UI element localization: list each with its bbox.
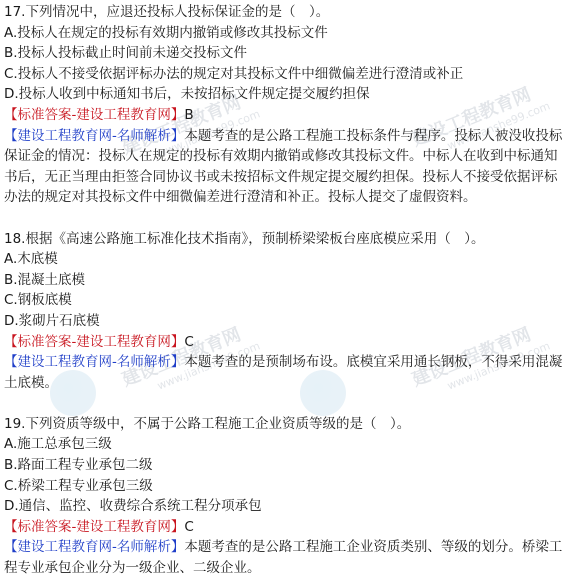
standard-answer: 【标准答案-建设工程教育网】C [4,332,566,353]
document-body: 17.下列情况中，应退还投标人投标保证金的是（ ）。 A.投标人在规定的投标有效… [4,2,566,579]
spacer [4,208,566,229]
explanation-tag: 【建设工程教育网-名师解析】 [4,539,184,555]
answer-value: C [184,334,193,350]
explanation: 【建设工程教育网-名师解析】本题考查的是公路工程施工企业资质类别、等级的划分。桥… [4,537,566,578]
answer-value: B [184,107,193,123]
explanation-tag: 【建设工程教育网-名师解析】 [4,128,184,144]
option-c: C.钢板底模 [4,290,566,311]
explanation: 【建设工程教育网-名师解析】本题考查的是预制场布设。底模宜采用通长钢板，不得采用… [4,352,566,393]
question-19: 19.下列资质等级中，不属于公路工程施工企业资质等级的是（ ）。 A.施工总承包… [4,414,566,579]
question-18: 18.根据《高速公路施工标准化技术指南》，预制桥梁梁板台座底模应采用（ ）。 A… [4,229,566,394]
question-stem: 17.下列情况中，应退还投标人投标保证金的是（ ）。 [4,2,566,23]
option-b: B.混凝土底模 [4,270,566,291]
option-d: D.投标人收到中标通知书后，未按招标文件规定提交履约担保 [4,84,566,105]
option-a: A.施工总承包三级 [4,434,566,455]
explanation: 【建设工程教育网-名师解析】本题考查的是公路工程施工投标条件与程序。投标人被没收… [4,126,566,208]
option-a: A.木底模 [4,249,566,270]
option-c: C.投标人不接受依据评标办法的规定对其投标文件中细微偏差进行澄清或补正 [4,64,566,85]
option-b: B.投标人投标截止时间前未递交投标文件 [4,43,566,64]
option-d: D.浆砌片石底模 [4,311,566,332]
question-17: 17.下列情况中，应退还投标人投标保证金的是（ ）。 A.投标人在规定的投标有效… [4,2,566,208]
answer-tag: 【标准答案-建设工程教育网】 [4,107,184,123]
question-stem: 18.根据《高速公路施工标准化技术指南》，预制桥梁梁板台座底模应采用（ ）。 [4,229,566,250]
question-stem: 19.下列资质等级中，不属于公路工程施工企业资质等级的是（ ）。 [4,414,566,435]
answer-tag: 【标准答案-建设工程教育网】 [4,519,184,535]
standard-answer: 【标准答案-建设工程教育网】B [4,105,566,126]
answer-tag: 【标准答案-建设工程教育网】 [4,334,184,350]
standard-answer: 【标准答案-建设工程教育网】C [4,517,566,538]
explanation-tag: 【建设工程教育网-名师解析】 [4,354,184,370]
answer-value: C [184,519,193,535]
option-d: D.通信、监控、收费综合系统工程分项承包 [4,496,566,517]
option-c: C.桥梁工程专业承包三级 [4,476,566,497]
spacer [4,393,566,414]
option-a: A.投标人在规定的投标有效期内撤销或修改其投标文件 [4,23,566,44]
option-b: B.路面工程专业承包二级 [4,455,566,476]
